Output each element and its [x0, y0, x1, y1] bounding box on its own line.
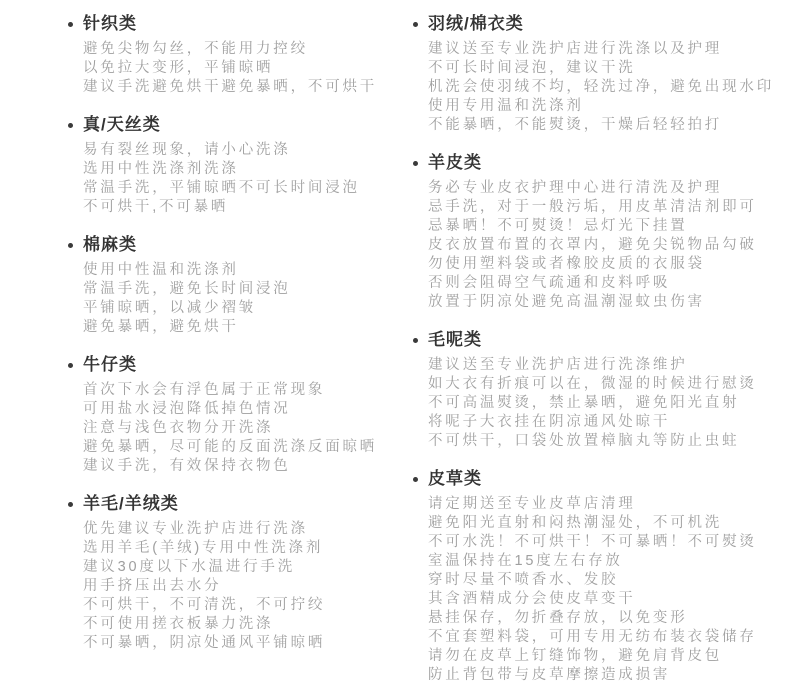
care-instruction-line: 不可烘干，口袋处放置樟脑丸等防止虫蛀	[428, 432, 800, 451]
care-instruction-line: 不可暴晒，阴凉处通风平铺晾晒	[83, 634, 413, 653]
care-instruction-line: 穿时尽量不喷香水、发胶	[428, 571, 800, 590]
care-instruction-list: 请定期送至专业皮草店清理避免阳光直射和闷热潮湿处，不可机洗不可水洗！不可烘干！不…	[413, 495, 800, 683]
care-instruction-list: 使用中性温和洗涤剂常温手洗，避免长时间浸泡平铺晾晒，以减少褶皱避免暴晒，避免烘干	[68, 261, 413, 337]
care-section: 真/天丝类易有裂丝现象，请小心洗涤选用中性洗涤剂洗涤常温手洗，平铺晾晒不可长时间…	[68, 115, 413, 217]
section-title: 皮草类	[428, 469, 482, 489]
bullet-icon	[68, 502, 73, 507]
care-instruction-line: 用手挤压出去水分	[83, 577, 413, 596]
section-title: 牛仔类	[83, 355, 137, 375]
care-instruction-line: 放置于阴凉处避免高温潮湿蚊虫伤害	[428, 293, 800, 312]
care-instruction-line: 室温保持在15度左右存放	[428, 552, 800, 571]
bullet-icon	[413, 477, 418, 482]
care-instruction-line: 建议送至专业洗护店进行洗涤以及护理	[428, 40, 800, 59]
section-heading-row: 羽绒/棉衣类	[413, 14, 800, 34]
bullet-icon	[413, 22, 418, 27]
care-section: 棉麻类使用中性温和洗涤剂常温手洗，避免长时间浸泡平铺晾晒，以减少褶皱避免暴晒，避…	[68, 235, 413, 337]
care-instruction-line: 避免暴晒，避免烘干	[83, 318, 413, 337]
care-section: 羊皮类务必专业皮衣护理中心进行清洗及护理忌手洗，对于一般污垢，用皮革清洁剂即可忌…	[413, 153, 800, 312]
section-heading-row: 皮草类	[413, 469, 800, 489]
care-instruction-line: 其含酒精成分会使皮草变干	[428, 590, 800, 609]
section-title: 羊皮类	[428, 153, 482, 173]
section-title: 羽绒/棉衣类	[428, 14, 524, 34]
care-instruction-line: 选用羊毛(羊绒)专用中性洗涤剂	[83, 539, 413, 558]
care-instruction-line: 平铺晾晒，以减少褶皱	[83, 299, 413, 318]
care-instruction-line: 可用盐水浸泡降低掉色情况	[83, 400, 413, 419]
care-instruction-line: 否则会阻碍空气疏通和皮料呼吸	[428, 274, 800, 293]
bullet-icon	[413, 338, 418, 343]
care-instruction-list: 建议送至专业洗护店进行洗涤以及护理不可长时间浸泡，建议干洗机洗会使羽绒不均，轻洗…	[413, 40, 800, 135]
bullet-icon	[68, 363, 73, 368]
section-heading-row: 真/天丝类	[68, 115, 413, 135]
care-instruction-line: 不可烘干,不可暴晒	[83, 198, 413, 217]
care-instruction-line: 建议手洗避免烘干避免暴晒，不可烘干	[83, 78, 413, 97]
care-guide-column-left: 针织类避免尖物勾丝，不能用力控绞以免拉大变形，平铺晾晒建议手洗避免烘干避免暴晒，…	[68, 14, 413, 683]
care-instruction-line: 防止背包带与皮草摩擦造成损害	[428, 666, 800, 683]
care-instruction-line: 请勿在皮草上钉缝饰物，避免肩背皮包	[428, 647, 800, 666]
care-instruction-line: 建议30度以下水温进行手洗	[83, 558, 413, 577]
section-heading-row: 棉麻类	[68, 235, 413, 255]
care-instruction-line: 建议手洗，有效保持衣物色	[83, 457, 413, 476]
care-instruction-line: 不可水洗！不可烘干！不可暴晒！不可熨烫	[428, 533, 800, 552]
bullet-icon	[68, 243, 73, 248]
care-section: 羊毛/羊绒类优先建议专业洗护店进行洗涤选用羊毛(羊绒)专用中性洗涤剂建议30度以…	[68, 494, 413, 653]
care-instruction-line: 避免尖物勾丝，不能用力控绞	[83, 40, 413, 59]
care-instruction-line: 注意与浅色衣物分开洗涤	[83, 419, 413, 438]
section-heading-row: 牛仔类	[68, 355, 413, 375]
care-instruction-line: 勿使用塑料袋或者橡胶皮质的衣服袋	[428, 255, 800, 274]
care-instruction-line: 避免阳光直射和闷热潮湿处，不可机洗	[428, 514, 800, 533]
care-section: 皮草类请定期送至专业皮草店清理避免阳光直射和闷热潮湿处，不可机洗不可水洗！不可烘…	[413, 469, 800, 683]
care-instruction-line: 皮衣放置布置的衣罩内，避免尖锐物品勾破	[428, 236, 800, 255]
laundry-care-guide: 针织类避免尖物勾丝，不能用力控绞以免拉大变形，平铺晾晒建议手洗避免烘干避免暴晒，…	[0, 0, 800, 683]
care-section: 牛仔类首次下水会有浮色属于正常现象可用盐水浸泡降低掉色情况注意与浅色衣物分开洗涤…	[68, 355, 413, 476]
section-heading-row: 羊皮类	[413, 153, 800, 173]
care-instruction-line: 常温手洗，平铺晾晒不可长时间浸泡	[83, 179, 413, 198]
care-instruction-list: 优先建议专业洗护店进行洗涤选用羊毛(羊绒)专用中性洗涤剂建议30度以下水温进行手…	[68, 520, 413, 653]
care-instruction-list: 务必专业皮衣护理中心进行清洗及护理忌手洗，对于一般污垢，用皮革清洁剂即可忌暴晒！…	[413, 179, 800, 312]
care-instruction-list: 首次下水会有浮色属于正常现象可用盐水浸泡降低掉色情况注意与浅色衣物分开洗涤避免暴…	[68, 381, 413, 476]
care-instruction-line: 建议送至专业洗护店进行洗涤维护	[428, 356, 800, 375]
section-title: 针织类	[83, 14, 137, 34]
care-instruction-line: 如大衣有折痕可以在，微湿的时候进行慰烫	[428, 375, 800, 394]
care-instruction-list: 建议送至专业洗护店进行洗涤维护如大衣有折痕可以在，微湿的时候进行慰烫不可高温熨烫…	[413, 356, 800, 451]
care-instruction-line: 悬挂保存，勿折叠存放，以免变形	[428, 609, 800, 628]
care-instruction-line: 请定期送至专业皮草店清理	[428, 495, 800, 514]
care-section: 毛呢类建议送至专业洗护店进行洗涤维护如大衣有折痕可以在，微湿的时候进行慰烫不可高…	[413, 330, 800, 451]
care-instruction-line: 不可烘干，不可清洗，不可拧绞	[83, 596, 413, 615]
bullet-icon	[68, 22, 73, 27]
care-instruction-line: 选用中性洗涤剂洗涤	[83, 160, 413, 179]
care-instruction-line: 优先建议专业洗护店进行洗涤	[83, 520, 413, 539]
care-instruction-list: 易有裂丝现象，请小心洗涤选用中性洗涤剂洗涤常温手洗，平铺晾晒不可长时间浸泡不可烘…	[68, 141, 413, 217]
care-instruction-line: 易有裂丝现象，请小心洗涤	[83, 141, 413, 160]
section-title: 棉麻类	[83, 235, 137, 255]
section-heading-row: 羊毛/羊绒类	[68, 494, 413, 514]
section-title: 毛呢类	[428, 330, 482, 350]
care-guide-column-right: 羽绒/棉衣类建议送至专业洗护店进行洗涤以及护理不可长时间浸泡，建议干洗机洗会使羽…	[413, 14, 800, 683]
care-instruction-line: 使用中性温和洗涤剂	[83, 261, 413, 280]
care-instruction-line: 不可使用搓衣板暴力洗涤	[83, 615, 413, 634]
care-instruction-line: 使用专用温和洗涤剂	[428, 97, 800, 116]
care-instruction-line: 不能暴晒，不能熨烫，干燥后轻轻拍打	[428, 116, 800, 135]
care-instruction-line: 不可高温熨烫，禁止暴晒，避免阳光直射	[428, 394, 800, 413]
care-instruction-line: 将呢子大衣挂在阴凉通风处晾干	[428, 413, 800, 432]
bullet-icon	[68, 123, 73, 128]
care-section: 针织类避免尖物勾丝，不能用力控绞以免拉大变形，平铺晾晒建议手洗避免烘干避免暴晒，…	[68, 14, 413, 97]
care-instruction-list: 避免尖物勾丝，不能用力控绞以免拉大变形，平铺晾晒建议手洗避免烘干避免暴晒，不可烘…	[68, 40, 413, 97]
care-instruction-line: 以免拉大变形，平铺晾晒	[83, 59, 413, 78]
care-instruction-line: 避免暴晒，尽可能的反面洗涤反面晾晒	[83, 438, 413, 457]
care-instruction-line: 忌暴晒！不可熨烫！忌灯光下挂置	[428, 217, 800, 236]
section-title: 真/天丝类	[83, 115, 161, 135]
care-instruction-line: 机洗会使羽绒不均，轻洗过净，避免出现水印	[428, 78, 800, 97]
care-instruction-line: 不可长时间浸泡，建议干洗	[428, 59, 800, 78]
section-heading-row: 针织类	[68, 14, 413, 34]
care-section: 羽绒/棉衣类建议送至专业洗护店进行洗涤以及护理不可长时间浸泡，建议干洗机洗会使羽…	[413, 14, 800, 135]
bullet-icon	[413, 161, 418, 166]
section-heading-row: 毛呢类	[413, 330, 800, 350]
care-instruction-line: 首次下水会有浮色属于正常现象	[83, 381, 413, 400]
section-title: 羊毛/羊绒类	[83, 494, 179, 514]
care-instruction-line: 忌手洗，对于一般污垢，用皮革清洁剂即可	[428, 198, 800, 217]
care-instruction-line: 常温手洗，避免长时间浸泡	[83, 280, 413, 299]
care-instruction-line: 不宜套塑料袋，可用专用无纺布装衣袋储存	[428, 628, 800, 647]
care-instruction-line: 务必专业皮衣护理中心进行清洗及护理	[428, 179, 800, 198]
